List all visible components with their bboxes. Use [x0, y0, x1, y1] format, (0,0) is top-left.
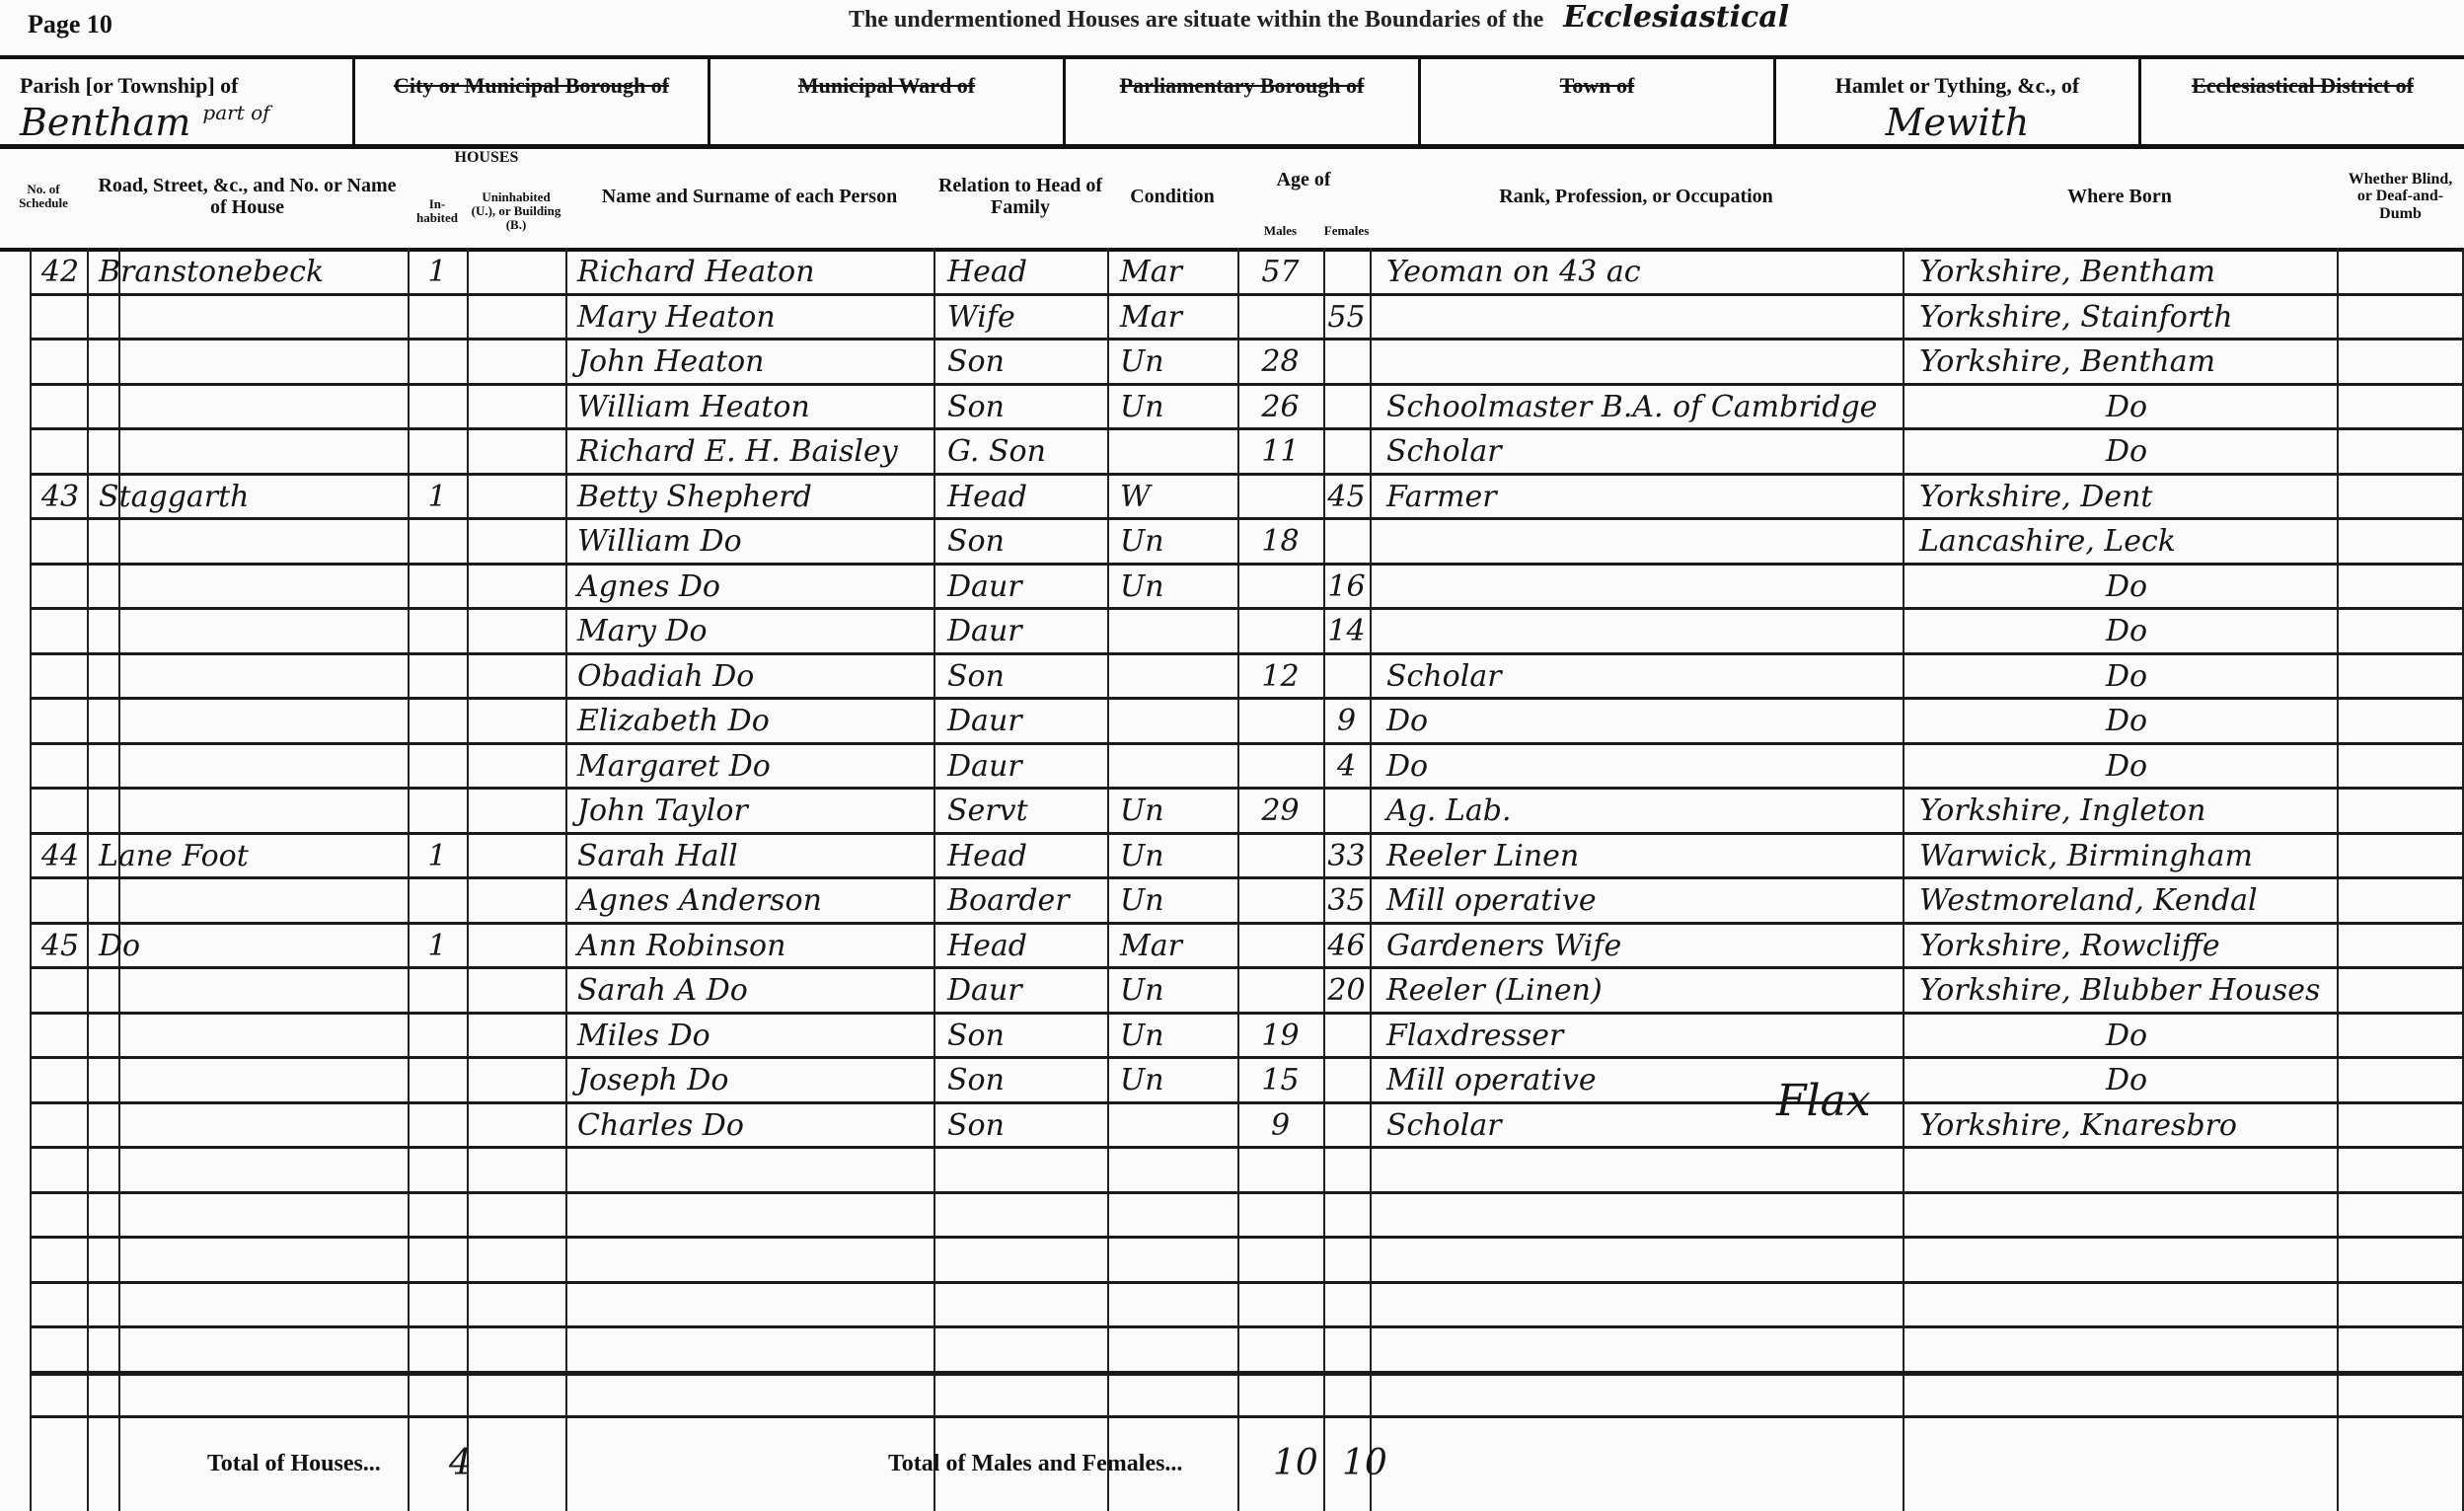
cell-condition: Mar: [1120, 258, 1233, 287]
column-rule: [1903, 248, 1904, 1511]
cell-female-age: 14: [1323, 617, 1370, 646]
cell-name: Sarah Hall: [577, 842, 933, 871]
cell-relation: Son: [947, 1066, 1105, 1095]
row-rule: [30, 742, 2464, 745]
header-box-label: Parliamentary Borough of: [1066, 73, 1418, 99]
cell-name: Joseph Do: [577, 1066, 933, 1095]
row-rule: [30, 876, 2464, 879]
col-condition: Condition: [1107, 145, 1237, 248]
cell-relation: Head: [947, 842, 1105, 871]
row-rule: [30, 1101, 2464, 1104]
cell-name: Mary Heaton: [577, 303, 933, 333]
cell-female-age: 4: [1323, 752, 1370, 782]
cell-male-age: 15: [1237, 1066, 1323, 1095]
total-females-value: 10: [1342, 1443, 1387, 1483]
cell-condition: Un: [1120, 347, 1233, 377]
cell-condition: Un: [1120, 1021, 1233, 1051]
cell-relation: Son: [947, 527, 1105, 557]
header-box-label: Town of: [1421, 73, 1773, 99]
cell-address: Lane Foot: [99, 842, 395, 871]
cell-female-age: 16: [1323, 572, 1370, 602]
cell-relation: Head: [947, 932, 1105, 961]
row-rule: [30, 922, 2464, 925]
cell-occupation: Reeler (Linen): [1386, 976, 1900, 1006]
cell-name: Sarah A Do: [577, 976, 933, 1006]
col-houses: HOUSES: [408, 145, 565, 175]
cell-name: Obadiah Do: [577, 662, 933, 692]
cell-occupation: Do: [1386, 752, 1900, 782]
column-rule: [408, 248, 410, 1511]
column-rule: [30, 248, 32, 1511]
header-box-ward: Municipal Ward of: [710, 59, 1066, 144]
cell-born: Yorkshire, Bentham: [1919, 258, 2334, 287]
cell-male-age: 26: [1237, 393, 1323, 422]
cell-male-age: 28: [1237, 347, 1323, 377]
cell-address: Do: [99, 932, 395, 961]
row-rule: [30, 338, 2464, 340]
row-rule: [30, 1415, 2464, 1418]
column-rule: [118, 248, 120, 1511]
cell-born: Warwick, Birmingham: [1919, 842, 2334, 871]
col-name: Name and Surname of each Person: [565, 145, 933, 248]
cell-relation: Son: [947, 1021, 1105, 1051]
header-box-town: Town of: [1421, 59, 1776, 144]
row-rule: [30, 1281, 2464, 1284]
top-caption-printed: The undermentioned Houses are situate wi…: [849, 7, 1543, 33]
cell-occupation: Yeoman on 43 ac: [1386, 258, 1900, 287]
row-rule: [30, 607, 2464, 610]
cell-born: Do: [1919, 662, 2334, 692]
cell-name: Richard Heaton: [577, 258, 933, 287]
header-box-borough: City or Municipal Borough of: [355, 59, 710, 144]
cell-name: Richard E. H. Baisley: [577, 437, 933, 467]
cell-female-age: 33: [1323, 842, 1370, 871]
col-address: Road, Street, &c., and No. or Name of Ho…: [87, 145, 408, 248]
cell-born: Do: [1919, 1021, 2334, 1051]
cell-relation: Servt: [947, 796, 1105, 826]
cell-born: Do: [1919, 617, 2334, 646]
header-box-ecclesiastical: Ecclesiastical District of: [2141, 59, 2464, 144]
top-caption-handwritten: Ecclesiastical: [1563, 0, 1789, 35]
cell-occupation: Reeler Linen: [1386, 842, 1900, 871]
cell-occupation: Schoolmaster B.A. of Cambridge: [1386, 393, 1900, 422]
cell-born: Yorkshire, Dent: [1919, 483, 2334, 512]
row-rule: [30, 517, 2464, 520]
cell-occupation: Flaxdresser: [1386, 1021, 1900, 1051]
cell-condition: Mar: [1120, 932, 1233, 961]
row-rule: [30, 427, 2464, 430]
cell-occupation: Ag. Lab.: [1386, 796, 1900, 826]
cell-name: Miles Do: [577, 1021, 933, 1051]
cell-relation: Daur: [947, 572, 1105, 602]
cell-name: Betty Shepherd: [577, 483, 933, 512]
cell-condition: Mar: [1120, 303, 1233, 333]
header-box-value: Bentham part of: [20, 101, 352, 144]
column-rule: [1323, 248, 1325, 1511]
cell-relation: G. Son: [947, 437, 1105, 467]
cell-born: Yorkshire, Stainforth: [1919, 303, 2334, 333]
cell-born: Yorkshire, Knaresbro: [1919, 1111, 2334, 1141]
cell-born: Yorkshire, Bentham: [1919, 347, 2334, 377]
cell-inhabited: 1: [408, 483, 467, 512]
row-rule: [30, 473, 2464, 476]
row-rule: [30, 1191, 2464, 1194]
cell-born: Yorkshire, Ingleton: [1919, 796, 2334, 826]
header-boxes: Parish [or Township] of Bentham part of …: [0, 55, 2464, 149]
total-males-value: 10: [1273, 1443, 1318, 1483]
cell-condition: Un: [1120, 842, 1233, 871]
cell-male-age: 57: [1237, 258, 1323, 287]
cell-relation: Daur: [947, 617, 1105, 646]
cell-occupation: Do: [1386, 707, 1900, 736]
cell-name: John Heaton: [577, 347, 933, 377]
cell-born: Do: [1919, 1066, 2334, 1095]
header-box-label: City or Municipal Borough of: [355, 73, 708, 99]
cell-name: Agnes Anderson: [577, 886, 933, 916]
cell-name: Ann Robinson: [577, 932, 933, 961]
total-persons-label: Total of Males and Females...: [888, 1451, 1182, 1477]
census-table: 42Branstonebeck1Richard HeatonHeadMar57Y…: [0, 248, 2464, 1511]
cell-born: Do: [1919, 437, 2334, 467]
top-caption: The undermentioned Houses are situate wi…: [849, 0, 1789, 35]
col-relation: Relation to Head of Family: [933, 145, 1107, 248]
cell-occupation: Scholar: [1386, 662, 1900, 692]
col-age: Age of: [1237, 145, 1370, 214]
cell-address: Staggarth: [99, 483, 395, 512]
header-box-note: part of: [202, 101, 269, 124]
col-females: Females: [1323, 214, 1370, 248]
cell-schedule: 43: [36, 483, 85, 512]
column-rule: [933, 248, 935, 1511]
cell-relation: Head: [947, 483, 1105, 512]
total-houses-label: Total of Houses...: [207, 1451, 381, 1477]
cell-name: Margaret Do: [577, 752, 933, 782]
col-born: Where Born: [1903, 145, 2337, 248]
cell-address: Branstonebeck: [99, 258, 395, 287]
row-rule: [30, 697, 2464, 700]
cell-male-age: 18: [1237, 527, 1323, 557]
cell-name: William Heaton: [577, 393, 933, 422]
cell-born: Westmoreland, Kendal: [1919, 886, 2334, 916]
cell-relation: Daur: [947, 752, 1105, 782]
column-rule: [2337, 248, 2339, 1511]
cell-condition: Un: [1120, 527, 1233, 557]
cell-name: John Taylor: [577, 796, 933, 826]
header-box-value: Mewith: [1776, 101, 2138, 144]
cell-relation: Son: [947, 1111, 1105, 1141]
cell-female-age: 35: [1323, 886, 1370, 916]
header-box-hamlet: Hamlet or Tything, &c., of Mewith: [1776, 59, 2141, 144]
cell-name: Charles Do: [577, 1111, 933, 1141]
row-rule: [30, 787, 2464, 790]
cell-name: Mary Do: [577, 617, 933, 646]
row-rule: [30, 1056, 2464, 1059]
cell-relation: Son: [947, 662, 1105, 692]
cell-relation: Daur: [947, 976, 1105, 1006]
row-rule: [30, 1325, 2464, 1328]
header-box-parish: Parish [or Township] of Bentham part of: [0, 59, 355, 144]
cell-condition: Un: [1120, 1066, 1233, 1095]
cell-born: Do: [1919, 707, 2334, 736]
cell-name: Elizabeth Do: [577, 707, 933, 736]
cell-schedule: 44: [36, 842, 85, 871]
cell-inhabited: 1: [408, 842, 467, 871]
header-box-label: Parish [or Township] of: [20, 73, 352, 99]
cell-born: Yorkshire, Blubber Houses: [1919, 976, 2334, 1006]
column-headings: No. of Schedule Road, Street, &c., and N…: [0, 145, 2464, 252]
cell-schedule: 42: [36, 258, 85, 287]
cell-condition: Un: [1120, 572, 1233, 602]
page-number: Page 10: [28, 10, 112, 39]
cell-male-age: 11: [1237, 437, 1323, 467]
cell-born: Do: [1919, 752, 2334, 782]
cell-female-age: 55: [1323, 303, 1370, 333]
row-rule: [30, 832, 2464, 835]
cell-occupation: Scholar: [1386, 437, 1900, 467]
header-box-label: Municipal Ward of: [710, 73, 1063, 99]
header-box-label: Hamlet or Tything, &c., of: [1776, 73, 2138, 99]
cell-male-age: 9: [1237, 1111, 1323, 1141]
row-rule: [30, 1236, 2464, 1239]
cell-occupation: Farmer: [1386, 483, 1900, 512]
cell-name: Agnes Do: [577, 572, 933, 602]
cell-female-age: 46: [1323, 932, 1370, 961]
cell-relation: Head: [947, 258, 1105, 287]
cell-name: William Do: [577, 527, 933, 557]
header-box-label: Ecclesiastical District of: [2141, 73, 2464, 99]
cell-inhabited: 1: [408, 932, 467, 961]
cell-condition: Un: [1120, 393, 1233, 422]
cell-condition: Un: [1120, 886, 1233, 916]
row-rule: [30, 1371, 2464, 1376]
col-infirmity: Whether Blind, or Deaf-and-Dumb: [2337, 145, 2464, 248]
cell-born: Yorkshire, Rowcliffe: [1919, 932, 2334, 961]
column-rule: [87, 248, 89, 1511]
cell-male-age: 12: [1237, 662, 1323, 692]
cell-condition: Un: [1120, 796, 1233, 826]
cell-relation: Wife: [947, 303, 1105, 333]
cell-female-age: 45: [1323, 483, 1370, 512]
col-occupation: Rank, Profession, or Occupation: [1370, 145, 1903, 248]
cell-relation: Daur: [947, 707, 1105, 736]
row-rule: [30, 1012, 2464, 1015]
row-rule: [30, 966, 2464, 969]
total-houses-value: 4: [449, 1443, 472, 1483]
row-rule: [30, 563, 2464, 566]
col-inhabited: In-habited: [408, 175, 467, 248]
cell-occupation: Gardeners Wife: [1386, 932, 1900, 961]
cell-relation: Son: [947, 347, 1105, 377]
col-males: Males: [1237, 214, 1323, 248]
row-rule: [30, 652, 2464, 655]
column-rule: [1370, 248, 1372, 1511]
cell-occupation: Mill operative: [1386, 886, 1900, 916]
cell-schedule: 45: [36, 932, 85, 961]
cell-born: Do: [1919, 393, 2334, 422]
cell-relation: Boarder: [947, 886, 1105, 916]
column-rule: [565, 248, 567, 1511]
column-rule: [1107, 248, 1109, 1511]
header-box-parliamentary: Parliamentary Borough of: [1066, 59, 1421, 144]
cell-relation: Son: [947, 393, 1105, 422]
cell-male-age: 19: [1237, 1021, 1323, 1051]
cell-born: Lancashire, Leck: [1919, 527, 2334, 557]
column-rule: [467, 248, 469, 1511]
row-rule: [30, 1146, 2464, 1149]
cell-male-age: 29: [1237, 796, 1323, 826]
cell-female-age: 20: [1323, 976, 1370, 1006]
cell-born: Do: [1919, 572, 2334, 602]
col-uninhabited: Uninhabited (U.), or Building (B.): [467, 175, 565, 248]
margin-note: Flax: [1776, 1076, 1871, 1126]
row-rule: [30, 293, 2464, 296]
cell-female-age: 9: [1323, 707, 1370, 736]
census-page: Page 10 The undermentioned Houses are si…: [0, 0, 2464, 1511]
cell-inhabited: 1: [408, 258, 467, 287]
col-schedule: No. of Schedule: [0, 145, 87, 248]
cell-condition: W: [1120, 483, 1233, 512]
cell-condition: Un: [1120, 976, 1233, 1006]
row-rule: [30, 383, 2464, 386]
